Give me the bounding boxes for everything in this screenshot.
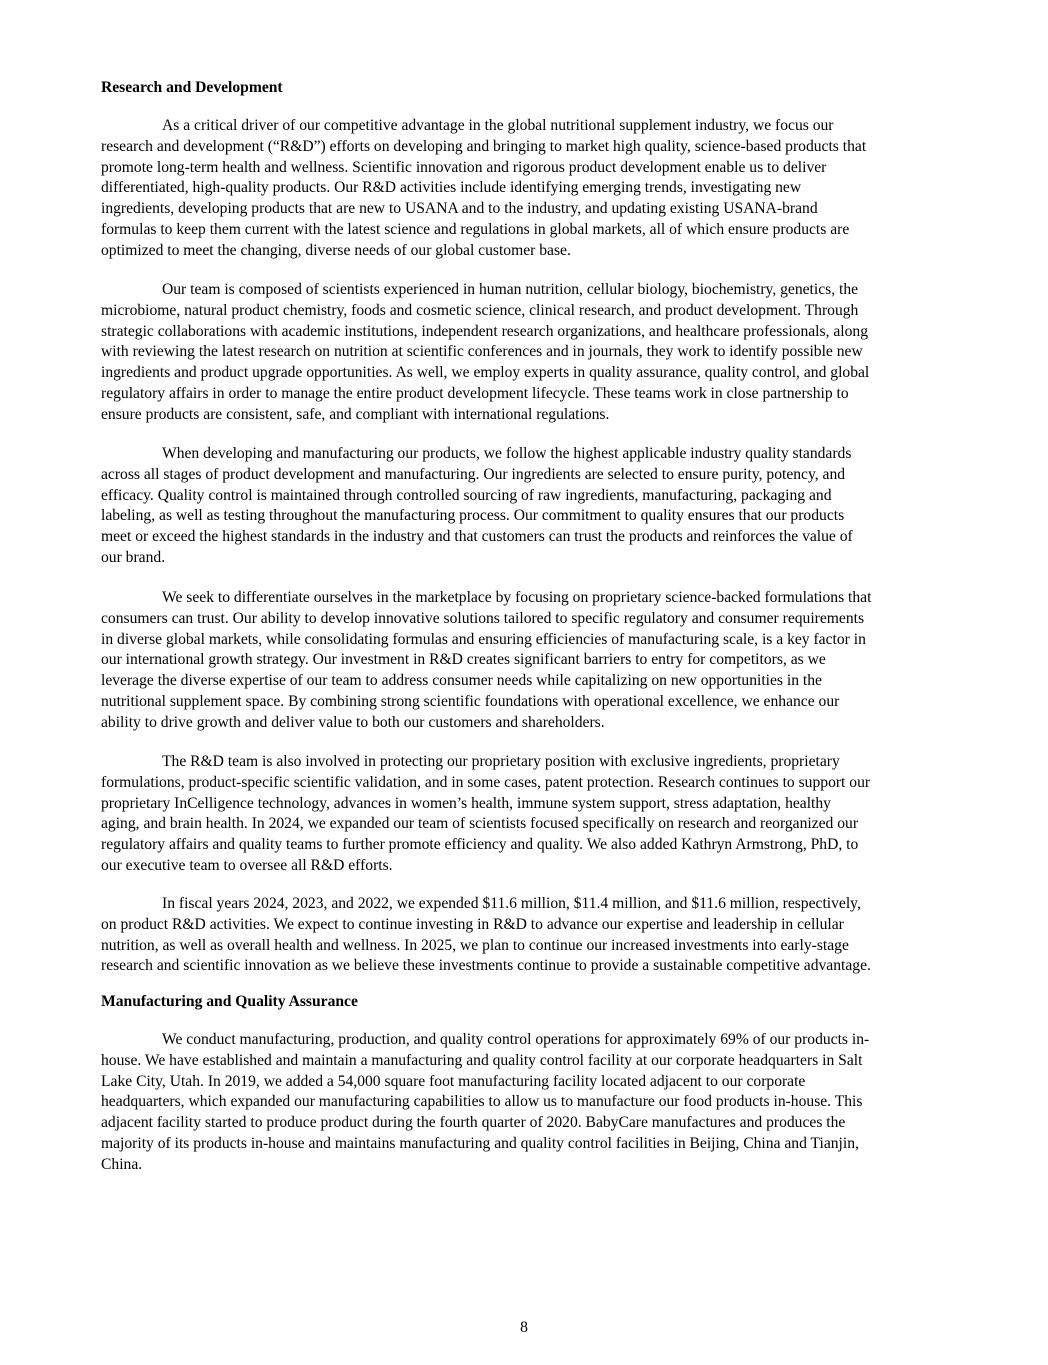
- paragraph-line: labeling, as well as testing throughout …: [101, 506, 951, 527]
- paragraph-line: our executive team to oversee all R&D ef…: [101, 856, 951, 877]
- paragraph-line: We conduct manufacturing, production, an…: [101, 1030, 951, 1051]
- paragraph-line: proprietary InCelligence technology, adv…: [101, 794, 951, 815]
- paragraph-differentiation: We seek to differentiate ourselves in th…: [101, 588, 951, 734]
- paragraph-line: ingredients and product upgrade opportun…: [101, 363, 951, 384]
- paragraph-line: The R&D team is also involved in protect…: [101, 752, 951, 773]
- section-heading-research-and-development: Research and Development: [101, 78, 283, 98]
- paragraph-proprietary-position: The R&D team is also involved in protect…: [101, 752, 951, 877]
- paragraph-line: leverage the diverse expertise of our te…: [101, 671, 951, 692]
- paragraph-line: headquarters, which expanded our manufac…: [101, 1092, 951, 1113]
- paragraph-quality-standards: When developing and manufacturing our pr…: [101, 444, 951, 569]
- paragraph-manufacturing: We conduct manufacturing, production, an…: [101, 1030, 951, 1176]
- paragraph-line: When developing and manufacturing our pr…: [101, 444, 951, 465]
- paragraph-line: our brand.: [101, 548, 951, 569]
- paragraph-line: formulations, product-specific scientifi…: [101, 773, 951, 794]
- paragraph-line: microbiome, natural product chemistry, f…: [101, 301, 951, 322]
- paragraph-line: nutritional supplement space. By combini…: [101, 692, 951, 713]
- paragraph-line: As a critical driver of our competitive …: [101, 116, 951, 137]
- paragraph-line: promote long-term health and wellness. S…: [101, 158, 951, 179]
- paragraph-line: efficacy. Quality control is maintained …: [101, 486, 951, 507]
- section-heading-manufacturing-and-quality-assurance: Manufacturing and Quality Assurance: [101, 992, 358, 1012]
- paragraph-line: adjacent facility started to produce pro…: [101, 1113, 951, 1134]
- paragraph-line: research and development (“R&D”) efforts…: [101, 137, 951, 158]
- paragraph-line: with reviewing the latest research on nu…: [101, 342, 951, 363]
- paragraph-line: across all stages of product development…: [101, 465, 951, 486]
- paragraph-line: differentiated, high-quality products. O…: [101, 178, 951, 199]
- paragraph-line: regulatory affairs in order to manage th…: [101, 384, 951, 405]
- paragraph-line: house. We have established and maintain …: [101, 1051, 951, 1072]
- paragraph-line: aging, and brain health. In 2024, we exp…: [101, 814, 951, 835]
- paragraph-line: consumers can trust. Our ability to deve…: [101, 609, 951, 630]
- paragraph-line: In fiscal years 2024, 2023, and 2022, we…: [101, 894, 951, 915]
- paragraph-line: Lake City, Utah. In 2019, we added a 54,…: [101, 1072, 951, 1093]
- paragraph-line: meet or exceed the highest standards in …: [101, 527, 951, 548]
- document-page: Research and Development As a critical d…: [0, 0, 1048, 1365]
- paragraph-line: formulas to keep them current with the l…: [101, 220, 951, 241]
- paragraph-line: nutrition, as well as overall health and…: [101, 936, 951, 957]
- paragraph-line: ingredients, developing products that ar…: [101, 199, 951, 220]
- paragraph-line: ability to drive growth and deliver valu…: [101, 713, 951, 734]
- paragraph-line: We seek to differentiate ourselves in th…: [101, 588, 951, 609]
- paragraph-line: our international growth strategy. Our i…: [101, 650, 951, 671]
- paragraph-line: optimized to meet the changing, diverse …: [101, 241, 951, 262]
- paragraph-line: Our team is composed of scientists exper…: [101, 280, 951, 301]
- paragraph-line: China.: [101, 1155, 951, 1176]
- paragraph-line: strategic collaborations with academic i…: [101, 322, 951, 343]
- paragraph-line: on product R&D activities. We expect to …: [101, 915, 951, 936]
- paragraph-line: research and scientific innovation as we…: [101, 956, 951, 977]
- paragraph-rd-overview: As a critical driver of our competitive …: [101, 116, 951, 262]
- paragraph-rd-team: Our team is composed of scientists exper…: [101, 280, 951, 426]
- paragraph-rd-expenditures: In fiscal years 2024, 2023, and 2022, we…: [101, 894, 951, 977]
- page-number: 8: [0, 1318, 1048, 1338]
- paragraph-line: ensure products are consistent, safe, an…: [101, 405, 951, 426]
- paragraph-line: majority of its products in-house and ma…: [101, 1134, 951, 1155]
- paragraph-line: regulatory affairs and quality teams to …: [101, 835, 951, 856]
- paragraph-line: in diverse global markets, while consoli…: [101, 630, 951, 651]
